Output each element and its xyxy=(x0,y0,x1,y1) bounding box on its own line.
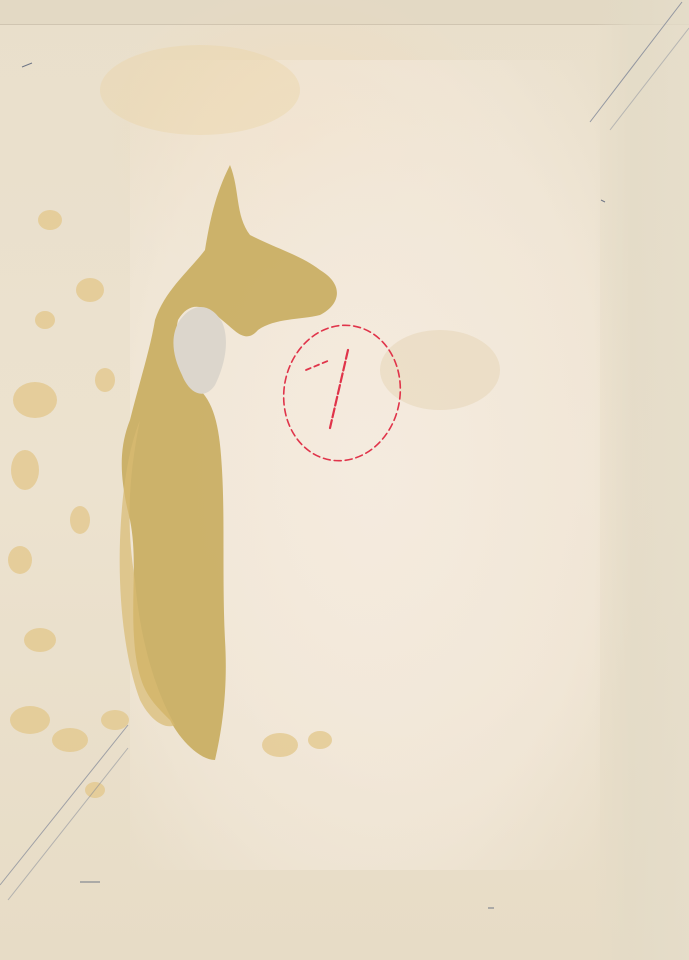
red-circled-number-annotation xyxy=(273,316,411,470)
scanned-paper-back: 1 xyxy=(0,0,689,960)
stain-and-mark-layer xyxy=(0,0,689,960)
upper-warm-patch xyxy=(100,45,300,135)
pencil-corner-lines-top-right xyxy=(590,2,689,130)
glue-stain xyxy=(120,165,337,760)
pencil-ticks xyxy=(22,63,605,908)
